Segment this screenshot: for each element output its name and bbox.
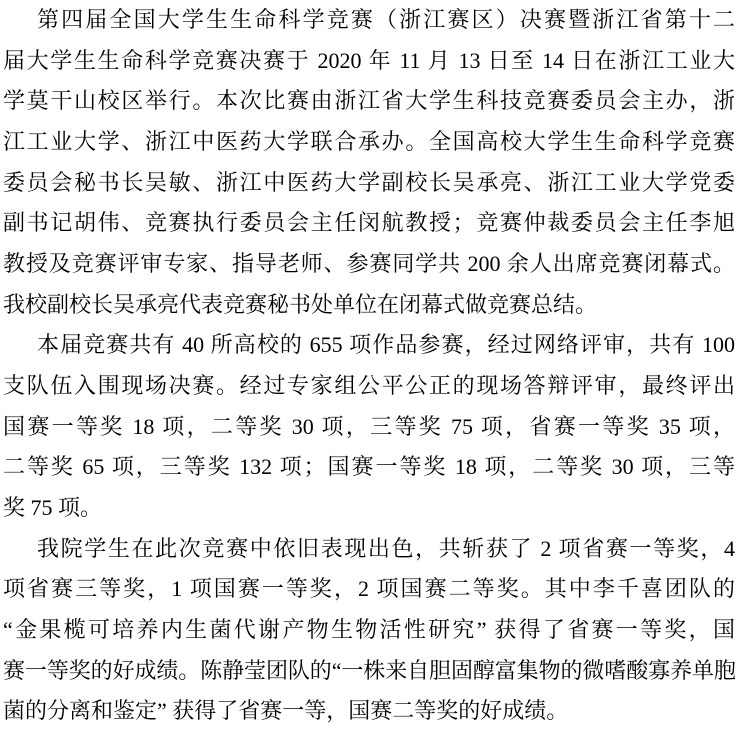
text-line: 支队伍入围现场决赛。经过专家组公平公正的现场答辩评审，最终评出 [3, 366, 735, 407]
document-page: 第四届全国大学生生命科学竞赛（浙江赛区）决赛暨浙江省第十二 届大学生生命科学竞赛… [0, 0, 740, 732]
text-line: 二等奖 65 项，三等奖 132 项；国赛一等奖 18 项，二等奖 30 项，三… [3, 447, 735, 488]
text-line: 江工业大学、浙江中医药大学联合承办。全国高校大学生生命科学竞赛 [3, 122, 735, 163]
text-line: 赛一等奖的好成绩。陈静莹团队的“一株来自胆固醇富集物的微嗜酸寡养单胞 [3, 651, 735, 692]
text-line: 委员会秘书长吴敏、浙江中医药大学副校长吴承亮、浙江工业大学党委 [3, 163, 735, 204]
text-line: 第四届全国大学生生命科学竞赛（浙江赛区）决赛暨浙江省第十二 [3, 0, 735, 41]
text-line: 菌的分离和鉴定” 获得了省赛一等，国赛二等奖的好成绩。 [3, 691, 735, 732]
paragraph-2: 本届竞赛共有 40 所高校的 655 项作品参赛，经过网络评审，共有 100 支… [3, 325, 735, 528]
text-line: 副书记胡伟、竞赛执行委员会主任闵航教授；竞赛仲裁委员会主任李旭 [3, 203, 735, 244]
text-line: 我校副校长吴承亮代表竞赛秘书处单位在闭幕式做竞赛总结。 [3, 285, 735, 326]
paragraph-1: 第四届全国大学生生命科学竞赛（浙江赛区）决赛暨浙江省第十二 届大学生生命科学竞赛… [3, 0, 735, 325]
text-line: 教授及竞赛评审专家、指导老师、参赛同学共 200 余人出席竞赛闭幕式。 [3, 244, 735, 285]
paragraph-3: 我院学生在此次竞赛中依旧表现出色，共斩获了 2 项省赛一等奖，4 项省赛三等奖，… [3, 529, 735, 732]
text-line: 我院学生在此次竞赛中依旧表现出色，共斩获了 2 项省赛一等奖，4 [3, 529, 735, 570]
text-line: 学莫干山校区举行。本次比赛由浙江省大学生科技竞赛委员会主办，浙 [3, 81, 735, 122]
text-line: 项省赛三等奖，1 项国赛一等奖，2 项国赛二等奖。其中李千喜团队的 [3, 569, 735, 610]
text-line: 本届竞赛共有 40 所高校的 655 项作品参赛，经过网络评审，共有 100 [3, 325, 735, 366]
text-line: 届大学生生命科学竞赛决赛于 2020 年 11 月 13 日至 14 日在浙江工… [3, 41, 735, 82]
text-line: 奖 75 项。 [3, 488, 735, 529]
text-line: “金果榄可培养内生菌代谢产物生物活性研究” 获得了省赛一等奖，国 [3, 610, 735, 651]
text-line: 国赛一等奖 18 项，二等奖 30 项，三等奖 75 项，省赛一等奖 35 项， [3, 407, 735, 448]
